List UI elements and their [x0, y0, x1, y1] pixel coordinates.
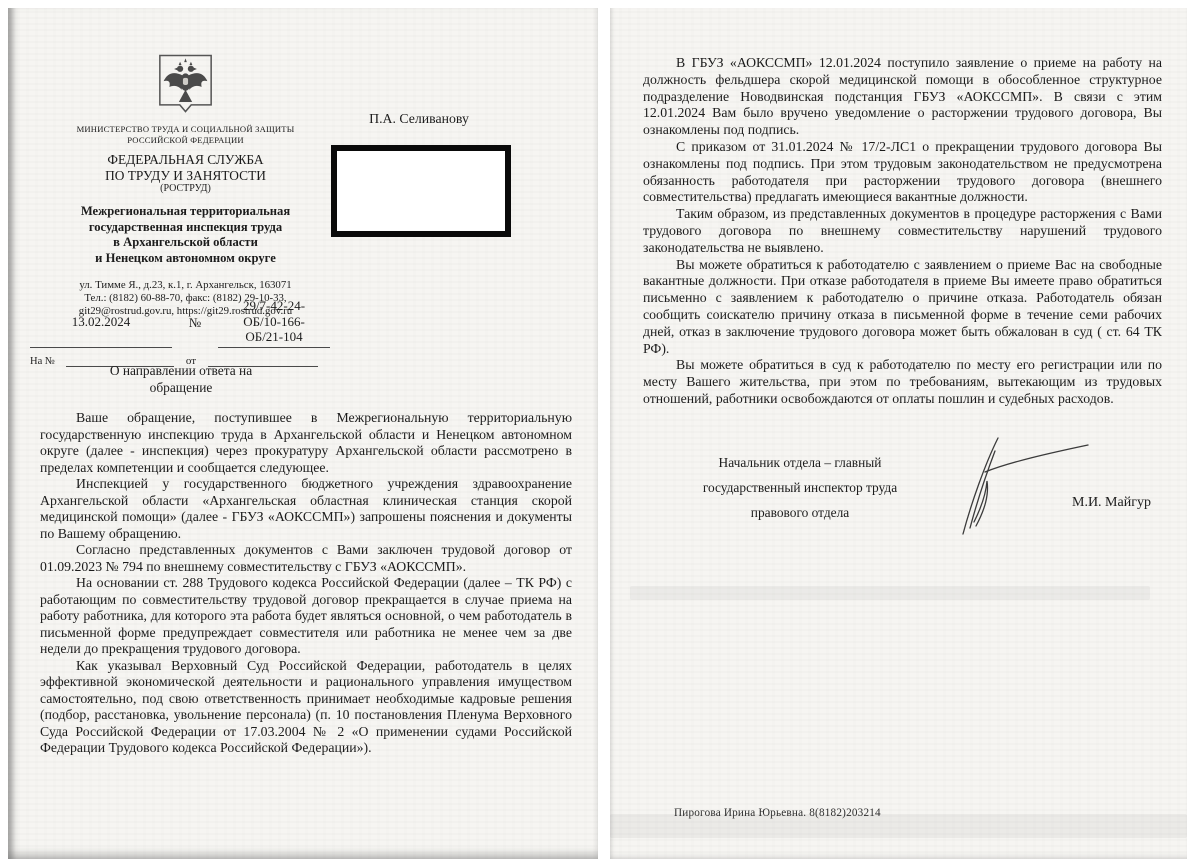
handwritten-signature-icon	[925, 432, 1095, 547]
paragraph: Вы можете обратиться к работодателю с за…	[643, 257, 1162, 358]
scan-artifact	[630, 586, 1150, 600]
paragraph: Вы можете обратиться в суд к работодател…	[643, 357, 1162, 407]
paragraph: Как указывал Верховный Суд Российской Фе…	[40, 658, 572, 757]
paragraph: Согласно представленных документов с Вам…	[40, 542, 572, 575]
russia-coat-of-arms-icon	[157, 52, 214, 121]
letter-page-2: В ГБУЗ «АОКССМП» 12.01.2024 поступило за…	[610, 8, 1187, 859]
paragraph: В ГБУЗ «АОКССМП» 12.01.2024 поступило за…	[643, 55, 1162, 139]
letter-page-1: МИНИСТЕРСТВО ТРУДА И СОЦИАЛЬНОЙ ЗАЩИТЫ Р…	[8, 8, 598, 859]
paragraph: На основании ст. 288 Трудового кодекса Р…	[40, 575, 572, 658]
ministry-name: МИНИСТЕРСТВО ТРУДА И СОЦИАЛЬНОЙ ЗАЩИТЫ Р…	[28, 124, 343, 145]
reference-block: 13.02.2024 № 29/7-42-24- ОБ/10-166- ОБ/2…	[30, 298, 332, 367]
paragraph: Ваше обращение, поступившее в Межрегиона…	[40, 410, 572, 476]
addressee: П.А. Селиванову	[338, 111, 500, 127]
outgoing-ref-row: 13.02.2024 № 29/7-42-24- ОБ/10-166- ОБ/2…	[30, 298, 332, 348]
inspection-name: Межрегиональная территориальная государс…	[28, 204, 343, 266]
number-sign: №	[172, 298, 218, 348]
letter-date: 13.02.2024	[30, 298, 172, 348]
letter-body-page2: В ГБУЗ «АОКССМП» 12.01.2024 поступило за…	[643, 55, 1162, 408]
paragraph: Инспекцией у государственного бюджетного…	[40, 476, 572, 542]
paragraph: Таким образом, из представленных докумен…	[643, 206, 1162, 256]
federal-service-name: ФЕДЕРАЛЬНАЯ СЛУЖБА ПО ТРУДУ И ЗАНЯТОСТИ …	[28, 152, 343, 194]
service-abbreviation: (РОСТРУД)	[28, 183, 343, 194]
signer-name: М.И. Майгур	[1072, 495, 1182, 511]
letter-number: 29/7-42-24- ОБ/10-166- ОБ/21-104	[218, 298, 330, 348]
executor-contact: Пирогова Ирина Юрьевна. 8(8182)203214	[674, 807, 881, 819]
redacted-address-box	[331, 145, 511, 237]
letter-body-page1: Ваше обращение, поступившее в Межрегиона…	[40, 410, 572, 757]
signer-title: Начальник отдела – главный государственн…	[695, 450, 905, 525]
letter-subject: О направлении ответа на обращение	[30, 362, 332, 396]
paragraph: С приказом от 31.01.2024 № 17/2-ЛС1 о пр…	[643, 139, 1162, 206]
letterhead: МИНИСТЕРСТВО ТРУДА И СОЦИАЛЬНОЙ ЗАЩИТЫ Р…	[28, 52, 343, 319]
